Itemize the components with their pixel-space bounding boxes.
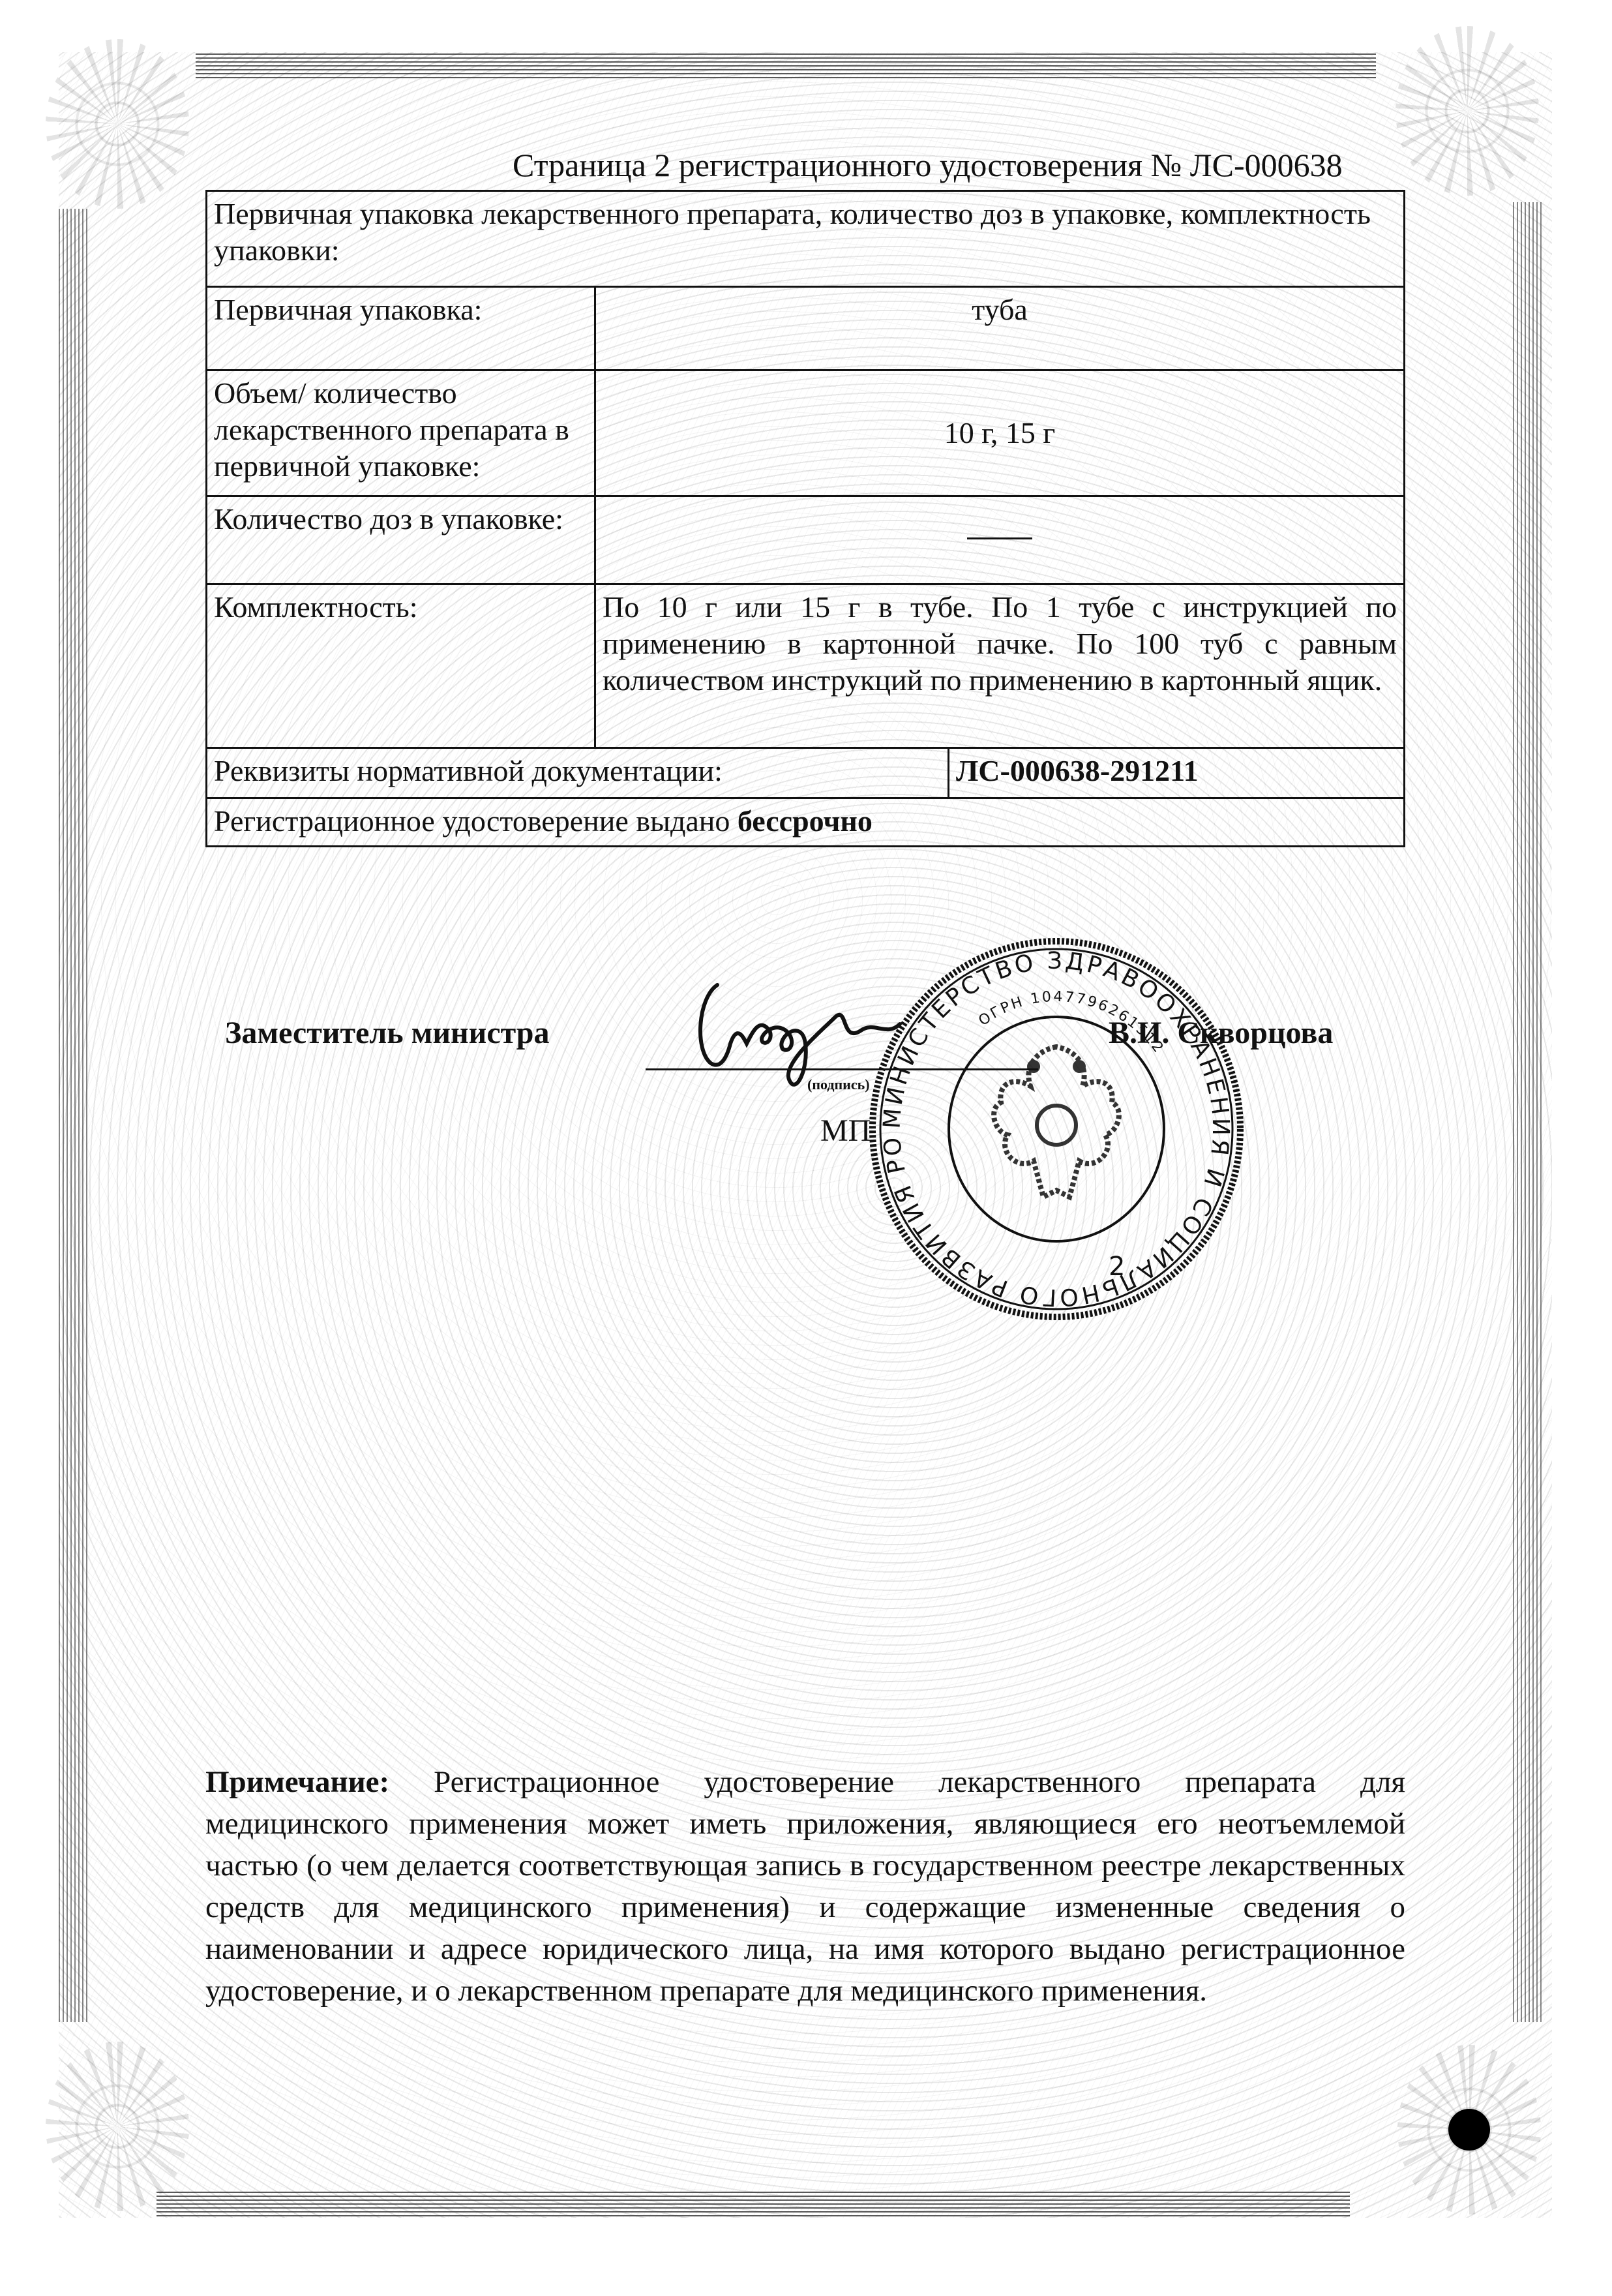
signature-caption: (подпись) (807, 1076, 870, 1093)
note-label: Примечание: (205, 1765, 389, 1799)
note-paragraph: Примечание: Регистрационное удостоверени… (205, 1761, 1405, 2012)
registration-table: Первичная упаковка лекарственного препар… (205, 190, 1405, 847)
value-cell: По 10 г или 15 г в тубе. По 1 тубе с инс… (595, 584, 1405, 748)
label-cell: Комплектность: (207, 584, 595, 748)
note-text: Регистрационное удостоверение лекарствен… (205, 1765, 1405, 2008)
rosette-top-right-icon (1396, 26, 1539, 196)
normative-value-cell: ЛС-000638-291211 (949, 748, 1405, 798)
official-seal-stamp-icon: МИНИСТЕРСТВО ЗДРАВООХРАНЕНИЯ И СОЦИАЛЬНО… (867, 936, 1246, 1322)
table-row: Первичная упаковка: туба (207, 287, 1405, 370)
label-cell: Объем/ количество лекарственного препара… (207, 370, 595, 496)
value-cell: туба (595, 287, 1405, 370)
table-row-normative: Реквизиты нормативной документации: ЛС-0… (207, 748, 1405, 798)
right-border-band (1513, 202, 1543, 2022)
bottom-border-band (157, 2192, 1350, 2219)
top-border-band (196, 53, 1376, 81)
empty-value-dash (967, 518, 1032, 539)
validity-value: бессрочно (738, 804, 873, 838)
left-border-band (59, 209, 89, 2022)
table-row: Объем/ количество лекарственного препара… (207, 370, 1405, 496)
rosette-top-left-icon (46, 39, 189, 209)
table-row: Комплектность: По 10 г или 15 г в тубе. … (207, 584, 1405, 748)
signatory-position: Заместитель министра (225, 1015, 549, 1051)
section-title-cell: Первичная упаковка лекарственного препар… (207, 191, 1405, 287)
signatory-name: В.И. Скворцова (1109, 1015, 1333, 1051)
table-row-section-title: Первичная упаковка лекарственного препар… (207, 191, 1405, 287)
validity-prefix: Регистрационное удостоверение выдано (214, 804, 730, 838)
stamp-number: 2 (1109, 1252, 1125, 1282)
seal-place-label: МП (820, 1113, 871, 1149)
label-cell: Первичная упаковка: (207, 287, 595, 370)
label-cell: Реквизиты нормативной документации: (207, 748, 949, 798)
table-row-validity: Регистрационное удостоверение выдано бес… (207, 798, 1405, 847)
value-cell (595, 496, 1405, 584)
double-headed-eagle-emblem-icon (994, 1047, 1119, 1197)
table-row: Количество доз в упаковке: (207, 496, 1405, 584)
validity-cell: Регистрационное удостоверение выдано бес… (207, 798, 1405, 847)
page-heading: Страница 2 регистрационного удостоверени… (513, 145, 1393, 185)
value-cell: 10 г, 15 г (595, 370, 1405, 496)
black-dot-marker (1448, 2109, 1490, 2151)
rosette-bottom-left-icon (46, 2042, 189, 2211)
label-cell: Количество доз в упаковке: (207, 496, 595, 584)
